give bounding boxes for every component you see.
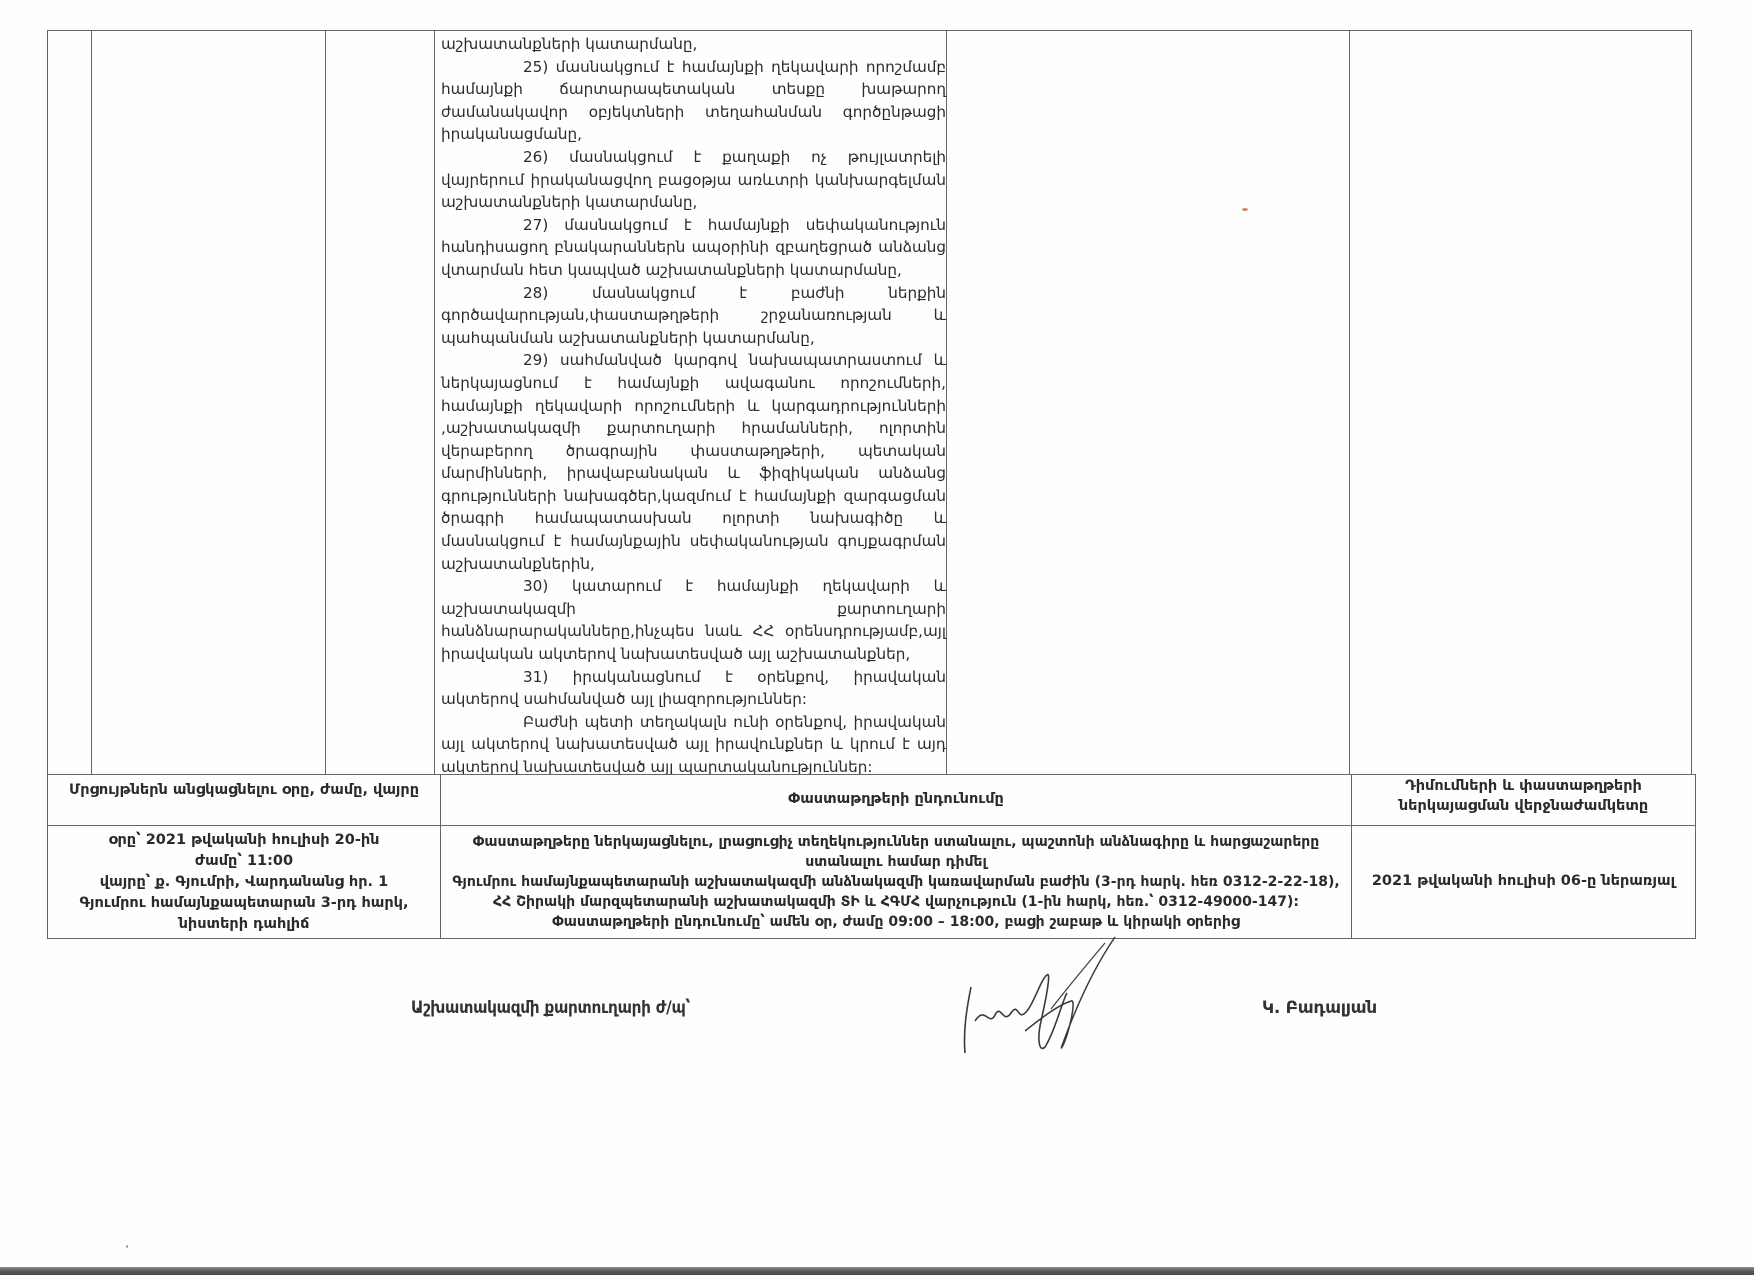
duties-text-cell: աշխատանքների կատարմանը, 25) մասնակցում է… xyxy=(441,33,946,779)
competition-place-hall: նիստերի դահլիճ xyxy=(54,914,434,935)
header-document-acceptance: Փաստաթղթերի ընդունումը xyxy=(441,775,1352,826)
column-divider xyxy=(325,31,326,774)
scan-speck xyxy=(1242,208,1248,211)
duty-item-28: 28) մասնակցում է բաժնի ներքին գործավարու… xyxy=(441,282,946,350)
handwritten-signature-icon xyxy=(955,935,1185,1060)
deadline-value: 2021 թվականի հուլիսի 06-ը ներառյալ xyxy=(1372,873,1675,889)
contact-shirak-marzpetaran: ՀՀ Շիրակի մարզպետարանի աշխատակազմի ՏԻ և … xyxy=(447,892,1345,912)
duty-item-26: 26) մասնակցում է քաղաքի ոչ թույլատրելի վ… xyxy=(441,146,946,214)
duties-table: աշխատանքների կատարմանը, 25) մասնակցում է… xyxy=(47,30,1692,774)
scanned-document-page: աշխատանքների կատարմանը, 25) մասնակցում է… xyxy=(0,0,1754,1275)
duty-paragraph: աշխատանքների կատարմանը, xyxy=(441,33,946,56)
table-header-row: Մրցույթներն անցկացնելու օրը, ժամը, վայրը… xyxy=(48,775,1696,826)
signatory-name: Կ. Բադալյան xyxy=(1262,998,1377,1018)
column-divider xyxy=(1349,31,1350,774)
header-deadline: Դիմումների և փաստաթղթերի ներկայացման վեր… xyxy=(1352,775,1696,826)
column-divider xyxy=(946,31,947,774)
contact-gyumri-hr: Գյումրու համայնքապետարանի աշխատակազմի ան… xyxy=(447,872,1345,892)
table-row: օրը՝ 2021 թվականի հուլիսի 20-ին ժամը՝ 11… xyxy=(48,826,1696,939)
duty-item-31: 31) իրականացնում է օրենքով, իրավական ակտ… xyxy=(441,666,946,711)
acceptance-details-cell: Փաստաթղթերը ներկայացնելու, լրացուցիչ տեղ… xyxy=(441,826,1352,939)
signatory-title: Աշխատակազմի քարտուղարի ժ/պ՝ xyxy=(411,998,690,1018)
duty-item-29: 29) սահմանված կարգով նախապատրաստում և նե… xyxy=(441,349,946,575)
duty-item-30: 30) կատարում է համայնքի ղեկավարի և աշխատ… xyxy=(441,575,946,665)
competition-date: օրը՝ 2021 թվականի հուլիսի 20-ին xyxy=(54,830,434,851)
header-competition-datetime-place: Մրցույթներն անցկացնելու օրը, ժամը, վայրը xyxy=(48,775,441,826)
scan-speck xyxy=(126,1245,128,1248)
duty-item-25: 25) մասնակցում է համայնքի ղեկավարի որոշմ… xyxy=(441,56,946,146)
column-divider xyxy=(91,31,92,774)
scanner-edge-band xyxy=(0,1267,1754,1275)
acceptance-hours: Փաստաթղթերի ընդունումը՝ ամեն օր, ժամը 09… xyxy=(447,912,1345,932)
competition-time: ժամը՝ 11:00 xyxy=(54,851,434,872)
deputy-rights-paragraph: Բաժնի պետի տեղակալն ունի օրենքով, իրավակ… xyxy=(441,711,946,779)
deadline-cell: 2021 թվականի հուլիսի 06-ը ներառյալ xyxy=(1352,826,1696,939)
competition-place: վայրը՝ ք. Գյումրի, Վարդանանց հր. 1 xyxy=(54,872,434,893)
competition-details-cell: օրը՝ 2021 թվականի հուլիսի 20-ին ժամը՝ 11… xyxy=(48,826,441,939)
column-divider xyxy=(434,31,435,774)
competition-info-table: Մրցույթներն անցկացնելու օրը, ժամը, վայրը… xyxy=(47,774,1696,939)
competition-place-floor: Գյումրու համայնքապետարան 3-րդ հարկ, xyxy=(54,893,434,914)
duty-item-27: 27) մասնակցում է համայնքի սեփականություն… xyxy=(441,214,946,282)
